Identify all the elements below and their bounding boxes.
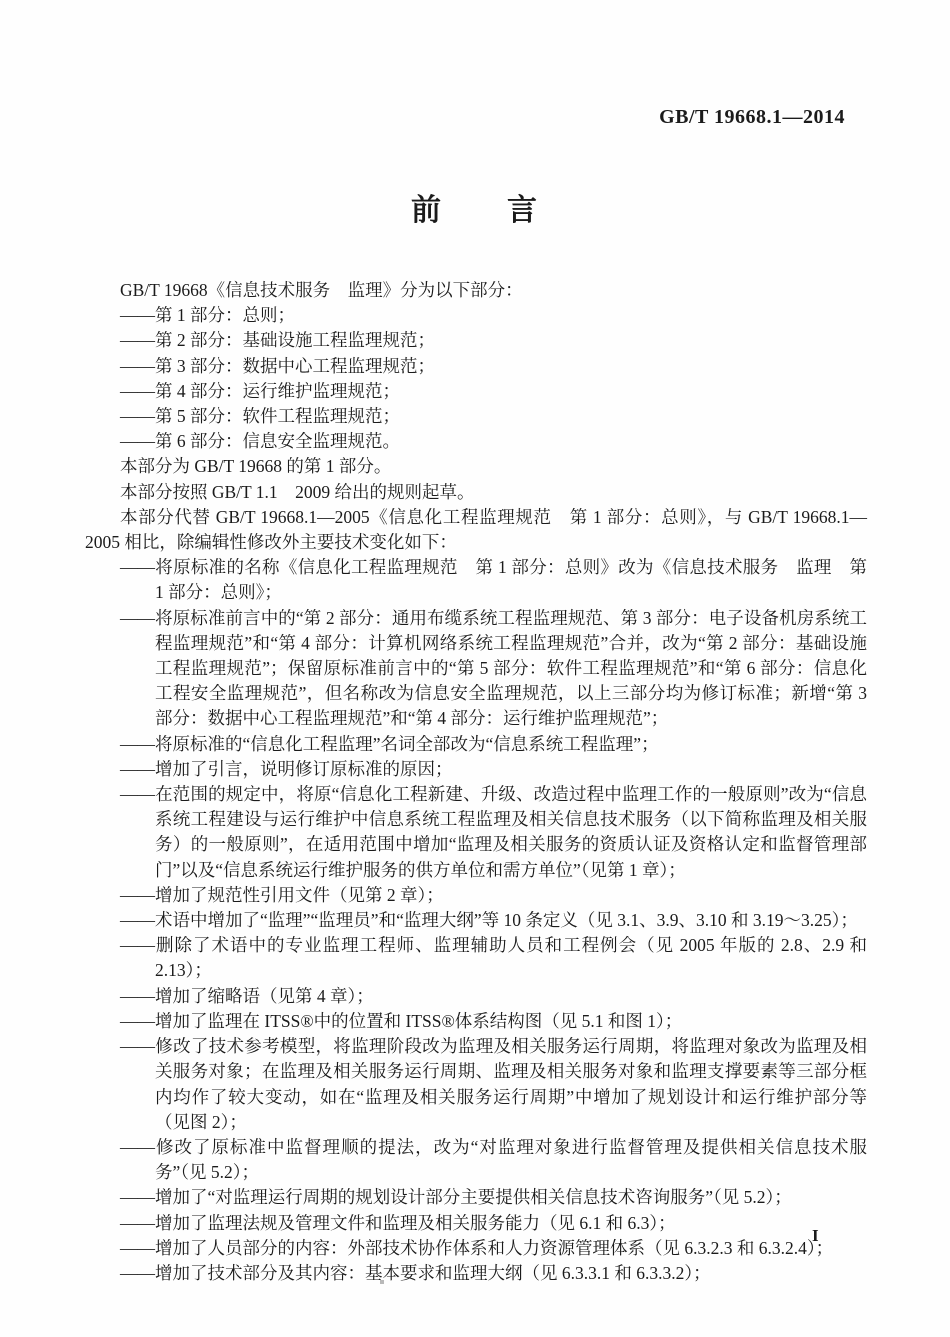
list-item: ——第 6 部分：信息安全监理规范。 bbox=[85, 429, 867, 454]
list-item: ——删除了术语中的专业监理工程师、监理辅助人员和工程例会（见 2005 年版的 … bbox=[85, 933, 867, 983]
paragraph: 本部分按照 GB/T 1.1 2009 给出的规则起草。 bbox=[85, 480, 867, 505]
list-item: ——第 1 部分：总则； bbox=[85, 303, 867, 328]
list-item: ——修改了技术参考模型，将监理阶段改为监理及相关服务运行周期，将监理对象改为监理… bbox=[85, 1034, 867, 1135]
list-item: ——第 4 部分：运行维护监理规范； bbox=[85, 379, 867, 404]
list-item: ——增加了引言，说明修订原标准的原因； bbox=[85, 757, 867, 782]
document-page: GB/T 19668.1—2014 前 言 GB/T 19668《信息技术服务 … bbox=[0, 0, 950, 1337]
list-item: ——增加了人员部分的内容：外部技术协作体系和人力资源管理体系（见 6.3.2.3… bbox=[85, 1236, 867, 1261]
list-item: ——增加了“对监理运行周期的规划设计部分主要提供相关信息技术咨询服务”（见 5.… bbox=[85, 1185, 867, 1210]
list-item: ——第 5 部分：软件工程监理规范； bbox=[85, 404, 867, 429]
list-item: ——增加了缩略语（见第 4 章）； bbox=[85, 984, 867, 1009]
list-item: ——增加了技术部分及其内容：基本要求和监理大纲（见 6.3.3.1 和 6.3.… bbox=[85, 1261, 867, 1286]
list-item: ——术语中增加了“监理”“监理员”和“监理大纲”等 10 条定义（见 3.1、3… bbox=[85, 908, 867, 933]
list-item: ——在范围的规定中，将原“信息化工程新建、升级、改造过程中监理工作的一般原则”改… bbox=[85, 782, 867, 883]
list-item: ——将原标准的“信息化工程监理”名词全部改为“信息系统工程监理”； bbox=[85, 732, 867, 757]
scan-speck bbox=[380, 1280, 384, 1284]
list-item: ——第 3 部分：数据中心工程监理规范； bbox=[85, 354, 867, 379]
list-item: ——将原标准前言中的“第 2 部分：通用布缆系统工程监理规范、第 3 部分：电子… bbox=[85, 606, 867, 732]
list-item: ——第 2 部分：基础设施工程监理规范； bbox=[85, 328, 867, 353]
page-title: 前 言 bbox=[0, 185, 950, 229]
paragraph: 本部分为 GB/T 19668 的第 1 部分。 bbox=[85, 454, 867, 479]
paragraph: 本部分代替 GB/T 19668.1—2005《信息化工程监理规范 第 1 部分… bbox=[85, 505, 867, 555]
page-number: I bbox=[812, 1226, 819, 1246]
list-item: ——增加了监理在 ITSS®中的位置和 ITSS®体系结构图（见 5.1 和图 … bbox=[85, 1009, 867, 1034]
list-item: ——增加了监理法规及管理文件和监理及相关服务能力（见 6.1 和 6.3）； bbox=[85, 1211, 867, 1236]
foreword-content: GB/T 19668《信息技术服务 监理》分为以下部分：——第 1 部分：总则；… bbox=[85, 278, 867, 1286]
paragraph: GB/T 19668《信息技术服务 监理》分为以下部分： bbox=[85, 278, 867, 303]
list-item: ——增加了规范性引用文件（见第 2 章）； bbox=[85, 883, 867, 908]
list-item: ——将原标准的名称《信息化工程监理规范 第 1 部分：总则》改为《信息技术服务 … bbox=[85, 555, 867, 605]
standard-number: GB/T 19668.1—2014 bbox=[659, 106, 845, 129]
list-item: ——修改了原标准中监督理顺的提法，改为“对监理对象进行监督管理及提供相关信息技术… bbox=[85, 1135, 867, 1185]
